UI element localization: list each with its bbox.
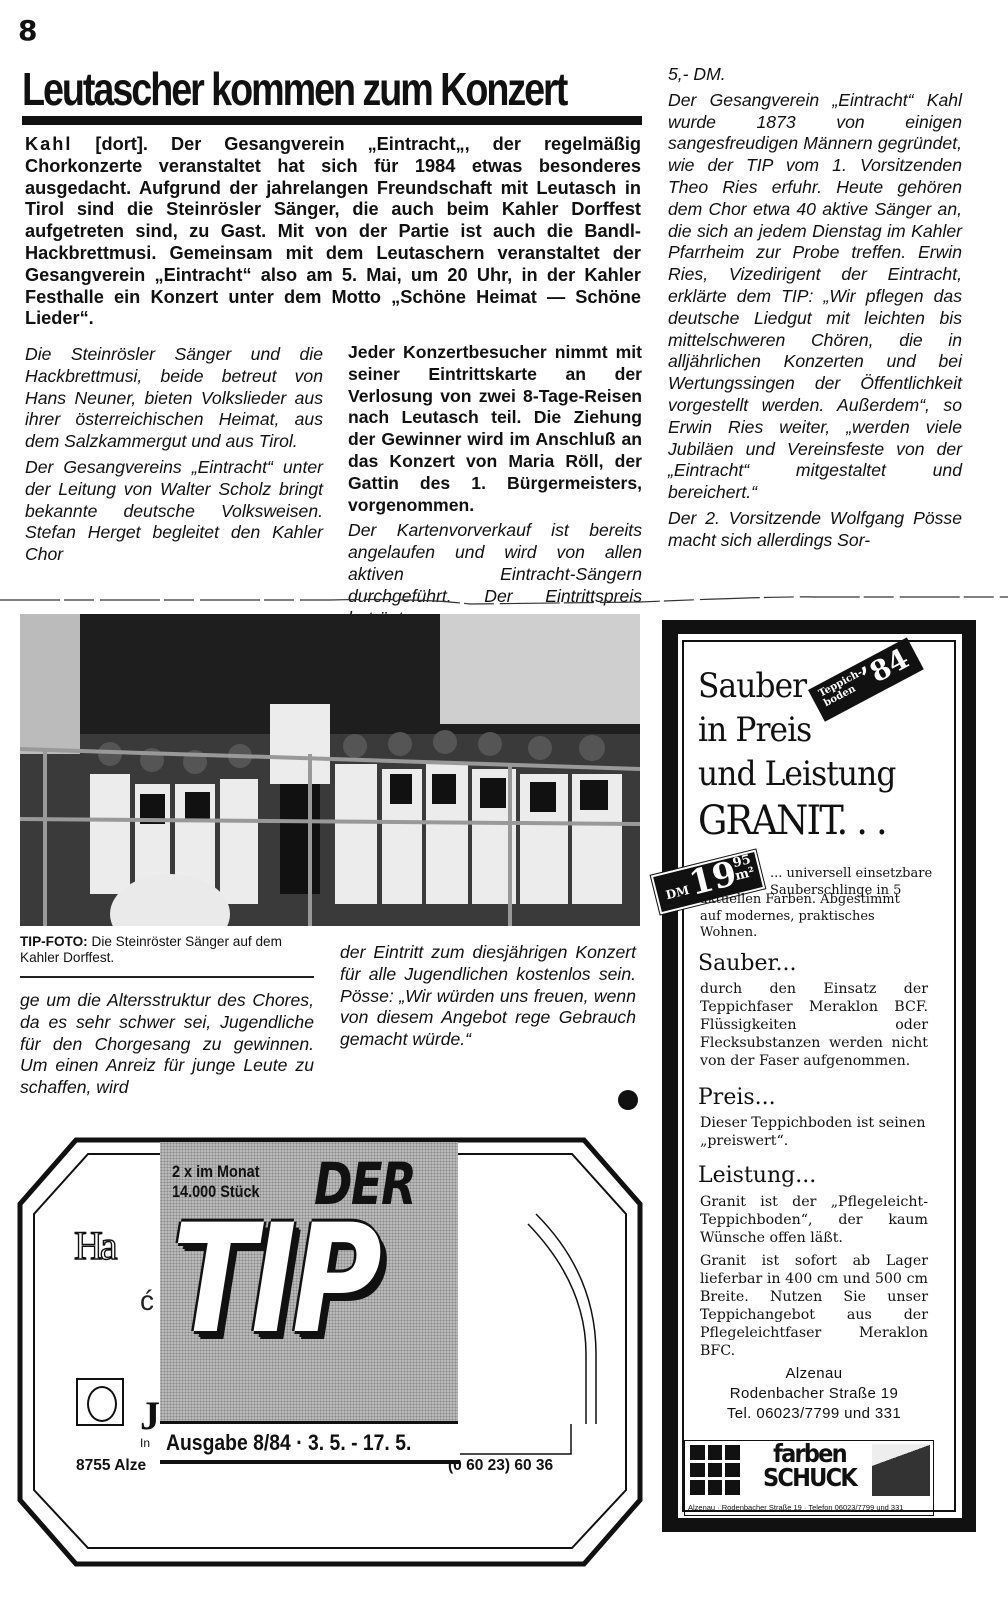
ad-emblem-icon bbox=[76, 1378, 124, 1426]
granit-address: Alzenau Rodenbacher Straße 19 Tel. 06023… bbox=[700, 1364, 928, 1424]
ad-address-left: 8755 Alze bbox=[76, 1457, 146, 1475]
price-currency: DM bbox=[664, 883, 690, 902]
ad-address-right: (0 60 23) 60 36 bbox=[448, 1457, 553, 1475]
granit-intro-bottom: aktuellen Farben. Abgestimmt auf moderne… bbox=[700, 892, 920, 942]
paint-roller-image bbox=[872, 1444, 930, 1496]
section-text-sauber: durch den Einsatz der Teppichfaser Merak… bbox=[700, 980, 928, 1070]
paragraph: Der Gesangverein „Eintracht“ Kahl wurde … bbox=[668, 90, 962, 504]
section-text-leistung-2: Granit ist sofort ab Lager lieferbar in … bbox=[700, 1252, 928, 1360]
article-column-1: Die Steinrösler Sänger und die Hackbrett… bbox=[25, 344, 323, 570]
paragraph: Der 2. Vorsitzende Wolfgang Pösse macht … bbox=[668, 508, 962, 552]
end-bullet-icon bbox=[618, 1090, 638, 1110]
section-heading-sauber: Sauber... bbox=[698, 950, 797, 978]
clipping-cut-line bbox=[0, 596, 1008, 598]
paragraph: Die Steinrösler Sänger und die Hackbrett… bbox=[25, 344, 323, 453]
tip-issue-bar: Ausgabe 8/84 · 3. 5. - 17. 5. bbox=[160, 1424, 460, 1464]
ad-underlying-in: In bbox=[140, 1436, 150, 1450]
choir-photo bbox=[20, 614, 640, 926]
page-number: 8 bbox=[18, 14, 36, 47]
ad-underlying-logo: Ha bbox=[74, 1222, 115, 1269]
lead-text: [dort]. Der Gesangverein „Eintracht„, de… bbox=[25, 134, 641, 328]
title-line: und Leistung bbox=[698, 752, 895, 796]
tip-issue-text: Ausgabe 8/84 · 3. 5. - 17. 5. bbox=[166, 1430, 411, 1456]
article-headline: Leutascher kommen zum Konzert bbox=[22, 66, 540, 112]
photo-caption: TIP-FOTO: Die Steinröster Sänger auf dem… bbox=[20, 934, 312, 966]
section-text-leistung: Granit ist der „Pflegeleicht-Teppichbode… bbox=[700, 1193, 928, 1247]
tip-subline-1: 2 x im Monat bbox=[172, 1162, 260, 1182]
address-city: Alzenau bbox=[700, 1364, 928, 1384]
article-continuation-1: ge um die Altersstruktur des Chores, da … bbox=[20, 990, 314, 1099]
wordmark-line-2: SCHUCK bbox=[760, 1466, 859, 1490]
caption-label: TIP-FOTO: bbox=[20, 934, 88, 949]
title-line: in Preis bbox=[698, 708, 895, 752]
paragraph: Der Kartenvorverkauf ist bereits angelau… bbox=[348, 520, 642, 629]
headline-rule bbox=[22, 116, 642, 125]
farben-schuck-grid-icon bbox=[690, 1445, 740, 1495]
article-lead: Kahl [dort]. Der Gesangverein „Eintracht… bbox=[25, 134, 641, 330]
section-heading-leistung: Leistung... bbox=[698, 1162, 816, 1190]
article-column-3: 5,- DM. Der Gesangverein „Eintracht“ Kah… bbox=[668, 64, 962, 556]
section-text-preis: Dieser Teppichboden ist seinen „preiswer… bbox=[700, 1114, 928, 1150]
tip-logo: TIP bbox=[172, 1205, 377, 1355]
section-heading-preis: Preis... bbox=[698, 1084, 776, 1112]
ad-underlying-letter: J bbox=[140, 1392, 160, 1439]
paragraph: Der Gesangvereins „Eintracht“ unter der … bbox=[25, 457, 323, 566]
dateline: Kahl bbox=[25, 134, 72, 154]
choir-photo-illustration bbox=[20, 614, 640, 926]
article-continuation-2: der Eintritt zum diesjährigen Konzert fü… bbox=[340, 942, 636, 1051]
caption-rule bbox=[20, 976, 314, 978]
granit-brand: GRANIT. . . bbox=[698, 798, 886, 844]
price-unit: m² bbox=[734, 865, 757, 884]
farben-schuck-footer: Alzenau · Rodenbacher Straße 19 · Telefo… bbox=[688, 1503, 903, 1512]
paragraph: 5,- DM. bbox=[668, 64, 962, 86]
paragraph-bold: Jeder Konzertbesucher nimmt mit seiner E… bbox=[348, 342, 642, 516]
address-street: Rodenbacher Straße 19 bbox=[700, 1384, 928, 1404]
address-phone: Tel. 06023/7799 und 331 bbox=[700, 1404, 928, 1424]
article-column-2: Jeder Konzertbesucher nimmt mit seiner E… bbox=[348, 342, 642, 633]
ad-underlying-fragment: ć bbox=[140, 1285, 154, 1317]
farben-schuck-wordmark: farben SCHUCK bbox=[760, 1442, 859, 1490]
